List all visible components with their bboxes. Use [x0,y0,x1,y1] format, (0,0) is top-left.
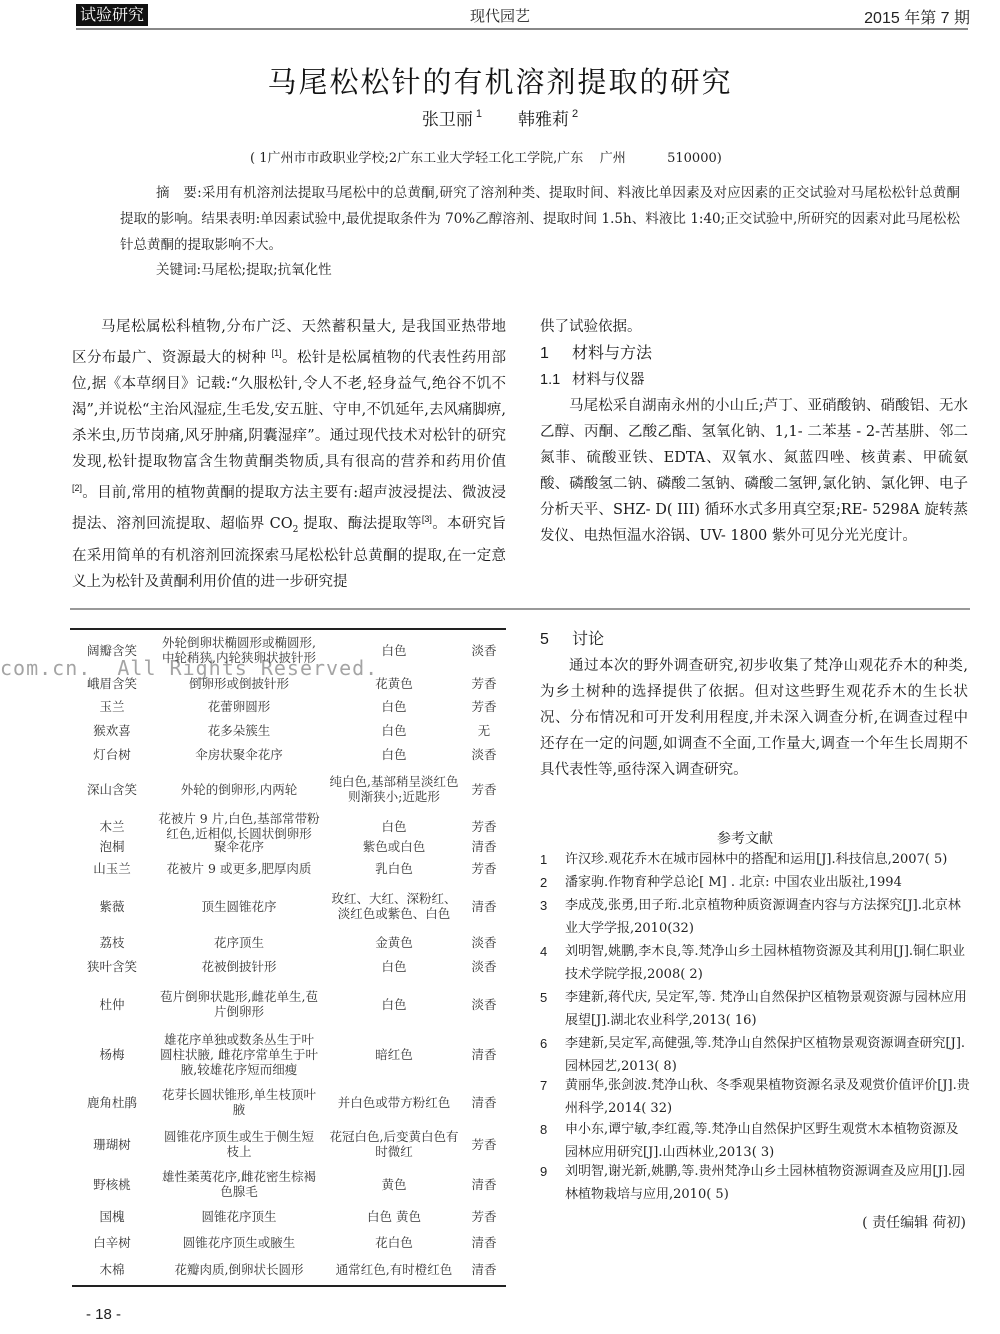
cell-name: 紫薇 [70,899,154,914]
table-row: 灯台树伞房状聚伞花序白色淡香 [70,742,510,766]
reference-item: 9刘明智,谢光新,姚鹏,等.贵州梵净山乡土园林植物资源调查及应用[J].园林植物… [540,1160,970,1206]
cell-shape: 花序顶生 [154,935,324,950]
section-number: 1 [540,341,572,367]
reference-number: 2 [540,871,547,894]
cell-scent: 清香 [464,899,504,914]
cell-scent: 淡香 [464,997,504,1012]
author-name: 韩雅莉 [518,110,569,130]
cell-shape: 花被片 9 或更多,肥厚肉质 [154,861,324,876]
table-top-rule [70,628,506,630]
cell-scent: 芳香 [464,1137,504,1152]
cell-color: 乳白色 [324,861,464,876]
cell-scent: 芳香 [464,699,504,714]
reference-text: 申小东,谭宁敏,李红霞,等.梵净山自然保护区野生观赏木本植物资源及园林应用研究[… [565,1118,970,1164]
cell-color: 白色 [324,819,464,834]
cell-color: 花白色 [324,1235,464,1250]
author-affil-mark: 1 [476,108,482,120]
cell-scent: 清香 [464,1262,504,1277]
cell-shape: 雄性葇荑花序,雌花密生棕褐色腺毛 [154,1169,324,1199]
reference-text: 潘家驹.作物育种学总论[ M] . 北京: 中国农业出版社,1994 [565,871,970,894]
table-row: 狭叶含笑花被倒披针形白色淡香 [70,954,510,978]
reference-item: 2潘家驹.作物育种学总论[ M] . 北京: 中国农业出版社,1994 [540,871,970,894]
reference-number: 5 [540,986,547,1009]
reference-text: 李建新,蒋代庆, 吴定军,等. 梵净山自然保护区植物景观资源与园林应用展望[J]… [565,986,970,1032]
cell-scent: 芳香 [464,861,504,876]
reference-text: 许汉珍.观花乔木在城市园林中的搭配和运用[J].科技信息,2007( 5) [565,848,970,871]
reference-item: 8申小东,谭宁敏,李红霞,等.梵净山自然保护区野生观赏木本植物资源及园林应用研究… [540,1118,970,1164]
author-list: 张卫丽1韩雅莉2 [0,105,1000,130]
table-row: 白辛树圆锥花序顶生或腋生花白色清香 [70,1230,510,1254]
continuation-text: 供了试验依据。 [540,314,968,340]
cell-color: 通常红色,有时橙红色 [324,1262,464,1277]
table-row: 珊瑚树圆锥花序顶生或生于侧生短枝上花冠白色,后变黄白色有时微红芳香 [70,1126,510,1162]
cell-shape: 圆锥花序顶生或生于侧生短枝上 [154,1129,324,1159]
reference-item: 6李建新,吴定军,高健强,等.梵净山自然保护区植物景观资源调查研究[J].园林园… [540,1032,970,1078]
abstract: 摘 要:采用有机溶剂法提取马尾松中的总黄酮,研究了溶剂种类、提取时间、料液比单因… [120,180,960,258]
cell-name: 木兰 [70,819,154,834]
cell-scent: 清香 [464,1177,504,1192]
cell-name: 国槐 [70,1209,154,1224]
cell-scent: 清香 [464,1047,504,1062]
keywords: 关键词:马尾松;提取;抗氧化性 [156,258,332,278]
cell-color: 白色 [324,699,464,714]
cell-scent: 芳香 [464,782,504,797]
reference-item: 4刘明智,姚鹏,李木良,等.梵净山乡土园林植物资源及其利用[J].铜仁职业技术学… [540,940,970,986]
responsible-editor: ( 责任编辑 荷初) [862,1212,966,1232]
cell-color: 白色 黄色 [324,1209,464,1224]
table-row: 玉兰花蕾卵圆形白色芳香 [70,694,510,718]
left-column: 马尾松属松科植物,分布广泛、天然蓄积量大, 是我国亚热带地区分布最广、资源最大的… [72,314,506,595]
cell-name: 深山含笑 [70,782,154,797]
intro-text: 。松针是松属植物的代表性药用部位,据《本草纲目》记载:“久服松针,令人不老,轻身… [72,350,506,470]
cell-color: 白色 [324,997,464,1012]
cell-name: 木棉 [70,1262,154,1277]
cell-shape: 聚伞花序 [154,839,324,854]
cell-color: 白色 [324,747,464,762]
cell-scent: 无 [464,723,504,738]
cell-color: 金黄色 [324,935,464,950]
cell-shape: 花多朵簇生 [154,723,324,738]
table-row: 山玉兰花被片 9 或更多,肥厚肉质乳白色芳香 [70,856,510,880]
cell-color: 暗红色 [324,1047,464,1062]
cell-color: 纯白色,基部稍呈淡红色则渐狭小;近匙形 [324,774,464,804]
reference-item: 5李建新,蒋代庆, 吴定军,等. 梵净山自然保护区植物景观资源与园林应用展望[J… [540,986,970,1032]
table-row: 杨梅雄花序单独或数条丛生于叶圆柱状腋, 雌花序常单生于叶腋,较雄花序短而细瘦暗红… [70,1028,510,1080]
subsection-number: 1.1 [540,367,572,393]
cell-shape: 花瓣肉质,倒卵状长圆形 [154,1262,324,1277]
cell-name: 泡桐 [70,839,154,854]
cell-name: 杜仲 [70,997,154,1012]
author-name: 张卫丽 [422,110,473,130]
cell-name: 杨梅 [70,1047,154,1062]
reference-text: 黄丽华,张剑波.梵净山秋、冬季观果植物资源名录及观赏价值评价[J].贵州科学,2… [565,1074,970,1120]
section-title: 讨论 [572,629,604,648]
table-row: 紫薇顶生圆锥花序玫红、大红、深粉红、淡红色或紫色、白色清香 [70,888,510,924]
reference-item: 1许汉珍.观花乔木在城市园林中的搭配和运用[J].科技信息,2007( 5) [540,848,970,871]
table-row: 野核桃雄性葇荑花序,雌花密生棕褐色腺毛黄色清香 [70,1166,510,1202]
cell-shape: 雄花序单独或数条丛生于叶圆柱状腋, 雌花序常单生于叶腋,较雄花序短而细瘦 [154,1032,324,1077]
reference-text: 刘明智,谢光新,姚鹏,等.贵州梵净山乡土园林植物资源调查及应用[J].园林植物栽… [565,1160,970,1206]
cell-scent: 芳香 [464,1209,504,1224]
intro-paragraph: 马尾松属松科植物,分布广泛、天然蓄积量大, 是我国亚热带地区分布最广、资源最大的… [72,314,506,595]
article-title: 马尾松松针的有机溶剂提取的研究 [0,60,1000,101]
cell-scent: 淡香 [464,643,504,658]
cell-name: 狭叶含笑 [70,959,154,974]
reference-number: 4 [540,940,547,963]
affiliation: ( 1广州市市政职业学校;2广东工业大学轻工化工学院,广东 广州 510000) [250,147,722,166]
table-row: 国槐圆锥花序顶生白色 黄色芳香 [70,1204,510,1228]
table-row: 猴欢喜花多朵簇生白色无 [70,718,510,742]
cell-shape: 圆锥花序顶生 [154,1209,324,1224]
cell-color: 白色 [324,959,464,974]
table-row: 泡桐聚伞花序紫色或白色清香 [70,834,510,858]
table-bottom-rule [72,1285,506,1287]
citation[interactable]: [1] [272,348,282,358]
reference-item: 3李成茂,张勇,田子珩.北京植物种质资源调查内容与方法探究[J].北京林业大学学… [540,894,970,940]
reference-number: 1 [540,848,547,871]
issue-label: 2015 年第 7 期 [864,5,970,28]
author-affil-mark: 2 [572,108,578,120]
cell-scent: 淡香 [464,959,504,974]
reference-item: 7黄丽华,张剑波.梵净山秋、冬季观果植物资源名录及观赏价值评价[J].贵州科学,… [540,1074,970,1120]
cell-color: 并白色或带方粉红色 [324,1095,464,1110]
cell-shape: 顶生圆锥花序 [154,899,324,914]
cell-color: 紫色或白色 [324,839,464,854]
reference-text: 李成茂,张勇,田子珩.北京植物种质资源调查内容与方法探究[J].北京林业大学学报… [565,894,970,940]
discussion-paragraph: 通过本次的野外调查研究,初步收集了梵净山观花乔木的种类,为乡土树种的选择提供了依… [540,653,968,783]
discussion-section: 5讨论 通过本次的野外调查研究,初步收集了梵净山观花乔木的种类,为乡土树种的选择… [540,626,968,783]
cell-shape: 苞片倒卵状匙形,雌花单生,苞片倒卵形 [154,989,324,1019]
table-row: 鹿角杜鹃花芽长圆状锥形,单生枝顶叶腋并白色或带方粉红色清香 [70,1084,510,1120]
cell-scent: 清香 [464,1235,504,1250]
reference-number: 8 [540,1118,547,1141]
cell-name: 玉兰 [70,699,154,714]
right-column: 供了试验依据。 1材料与方法 1.1材料与仪器 马尾松采自湖南永州的小山丘;芦丁… [540,314,968,549]
cell-name: 珊瑚树 [70,1137,154,1152]
subsection-heading: 1.1材料与仪器 [540,367,968,393]
reference-number: 7 [540,1074,547,1097]
materials-paragraph: 马尾松采自湖南永州的小山丘;芦丁、亚硝酸钠、硝酸铝、无水乙醇、丙酮、乙酸乙酯、氢… [540,393,968,549]
cell-name: 鹿角杜鹃 [70,1095,154,1110]
cell-name: 山玉兰 [70,861,154,876]
section-title: 材料与方法 [572,343,652,362]
reference-number: 9 [540,1160,547,1183]
section-heading: 5讨论 [540,626,968,653]
cell-scent: 清香 [464,1095,504,1110]
cell-name: 荔枝 [70,935,154,950]
cell-color: 白色 [324,723,464,738]
cell-scent: 淡香 [464,935,504,950]
table-row: 荔枝花序顶生金黄色淡香 [70,930,510,954]
cell-scent: 清香 [464,839,504,854]
citation[interactable]: [2] [72,483,82,493]
cell-scent: 芳香 [464,676,504,691]
cell-color: 玫红、大红、深粉红、淡红色或紫色、白色 [324,891,464,921]
reference-text: 李建新,吴定军,高健强,等.梵净山自然保护区植物景观资源调查研究[J].园林园艺… [565,1032,970,1078]
cell-shape: 花被倒披针形 [154,959,324,974]
cell-shape: 花芽长圆状锥形,单生枝顶叶腋 [154,1087,324,1117]
section-number: 5 [540,627,572,653]
copyright-watermark: com.cn. All Rights Reserved. [0,656,378,680]
references-title: 参考文献 [525,828,965,848]
table-row: 深山含笑外轮的倒卵形,内两轮纯白色,基部稍呈淡红色则渐狭小;近匙形芳香 [70,770,510,808]
header-divider [76,28,968,30]
cell-color: 黄色 [324,1177,464,1192]
cell-color: 花冠白色,后变黄白色有时微红 [324,1129,464,1159]
cell-shape: 外轮的倒卵形,内两轮 [154,782,324,797]
citation[interactable]: [3] [422,514,432,524]
page-number: - 18 - [86,1306,121,1323]
subsection-title: 材料与仪器 [572,372,645,388]
table-row: 杜仲苞片倒卵状匙形,雌花单生,苞片倒卵形白色淡香 [70,984,510,1024]
cell-scent: 淡香 [464,747,504,762]
reference-number: 3 [540,894,547,917]
intro-text: 提取、酶法提取等 [298,516,422,532]
journal-name: 现代园艺 [0,5,1000,26]
section-heading: 1材料与方法 [540,340,968,367]
cell-name: 野核桃 [70,1177,154,1192]
column-divider [70,608,970,610]
cell-name: 猴欢喜 [70,723,154,738]
cell-shape: 伞房状聚伞花序 [154,747,324,762]
cell-name: 白辛树 [70,1235,154,1250]
cell-scent: 芳香 [464,819,504,834]
cell-name: 灯台树 [70,747,154,762]
reference-text: 刘明智,姚鹏,李木良,等.梵净山乡土园林植物资源及其利用[J].铜仁职业技术学院… [565,940,970,986]
reference-number: 6 [540,1032,547,1055]
table-row: 木棉花瓣肉质,倒卵状长圆形通常红色,有时橙红色清香 [70,1257,510,1281]
cell-shape: 圆锥花序顶生或腋生 [154,1235,324,1250]
cell-shape: 花蕾卵圆形 [154,699,324,714]
